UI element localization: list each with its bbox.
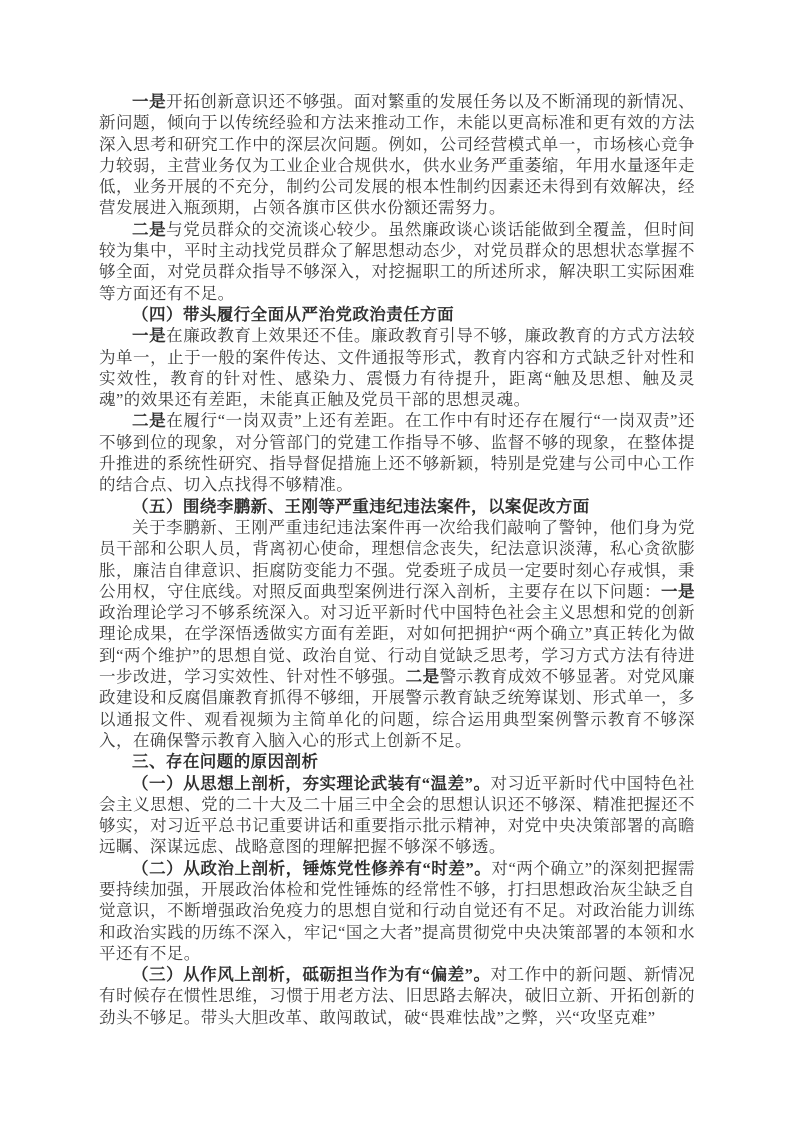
- body-text: 开拓创新意识还不够强。面对繁重的发展任务以及不断涌现的新情况、新问题，倾向于以传…: [99, 92, 695, 217]
- emphasis-text: 三、存在问题的原因剖析: [132, 752, 318, 771]
- emphasis-text: （一）从思想上剖析，夯实理论武装有“温差”。: [132, 774, 491, 793]
- paragraph: 关于李鹏新、王刚严重违纪违法案件再一次给我们敲响了警钟，他们身为党员干部和公职人…: [99, 517, 695, 751]
- document-content: 一是开拓创新意识还不够强。面对繁重的发展任务以及不断涌现的新情况、新问题，倾向于…: [99, 91, 695, 1028]
- section-heading: 三、存在问题的原因剖析: [99, 751, 695, 772]
- emphasis-text: 二是: [132, 411, 166, 430]
- emphasis-text: 一是: [132, 326, 166, 345]
- paragraph: 一是在廉政教育上效果还不佳。廉政教育引导不够，廉政教育的方式方法较为单一，止于一…: [99, 325, 695, 410]
- emphasis-text: 一是: [132, 92, 166, 111]
- paragraph: 二是在履行“一岗双责”上还有差距。在工作中有时还存在履行“一岗双责”还不够到位的…: [99, 410, 695, 495]
- document-page: 一是开拓创新意识还不够强。面对繁重的发展任务以及不断涌现的新情况、新问题，倾向于…: [0, 0, 793, 1122]
- emphasis-text: （四）带头履行全面从严治党政治责任方面: [132, 305, 454, 324]
- paragraph: 二是与党员群众的交流谈心较少。虽然廉政谈心谈话能做到全覆盖，但时间较为集中，平时…: [99, 219, 695, 304]
- body-text: 关于李鹏新、王刚严重违纪违法案件再一次给我们敲响了警钟，他们身为党员干部和公职人…: [99, 518, 695, 601]
- paragraph: （二）从政治上剖析，锤炼党性修养有“时差”。对“两个确立”的深刻把握需要持续加强…: [99, 858, 695, 964]
- emphasis-text: 二是: [406, 667, 440, 686]
- section-heading: （四）带头履行全面从严治党政治责任方面: [99, 304, 695, 325]
- paragraph: 一是开拓创新意识还不够强。面对繁重的发展任务以及不断涌现的新情况、新问题，倾向于…: [99, 91, 695, 219]
- body-text: 在廉政教育上效果还不佳。廉政教育引导不够，廉政教育的方式方法较为单一，止于一般的…: [99, 326, 695, 409]
- emphasis-text: 二是: [132, 220, 166, 239]
- emphasis-text: （二）从政治上剖析，锤炼党性修养有“时差”。: [132, 859, 491, 878]
- body-text: 与党员群众的交流谈心较少。虽然廉政谈心谈话能做到全覆盖，但时间较为集中，平时主动…: [99, 220, 695, 303]
- body-text: 在履行“一岗双责”上还有差距。在工作中有时还存在履行“一岗双责”还不够到位的现象…: [99, 411, 695, 494]
- section-heading: （五）围绕李鹏新、王刚等严重违纪违法案件，以案促改方面: [99, 496, 695, 517]
- paragraph: （一）从思想上剖析，夯实理论武装有“温差”。对习近平新时代中国特色社会主义思想、…: [99, 773, 695, 858]
- emphasis-text: 一是: [661, 582, 695, 601]
- paragraph: （三）从作风上剖析，砥砺担当作为有“偏差”。对工作中的新问题、新情况有时候存在惯…: [99, 964, 695, 1028]
- emphasis-text: （五）围绕李鹏新、王刚等严重违纪违法案件，以案促改方面: [132, 497, 590, 516]
- emphasis-text: （三）从作风上剖析，砥砺担当作为有“偏差”。: [132, 965, 491, 984]
